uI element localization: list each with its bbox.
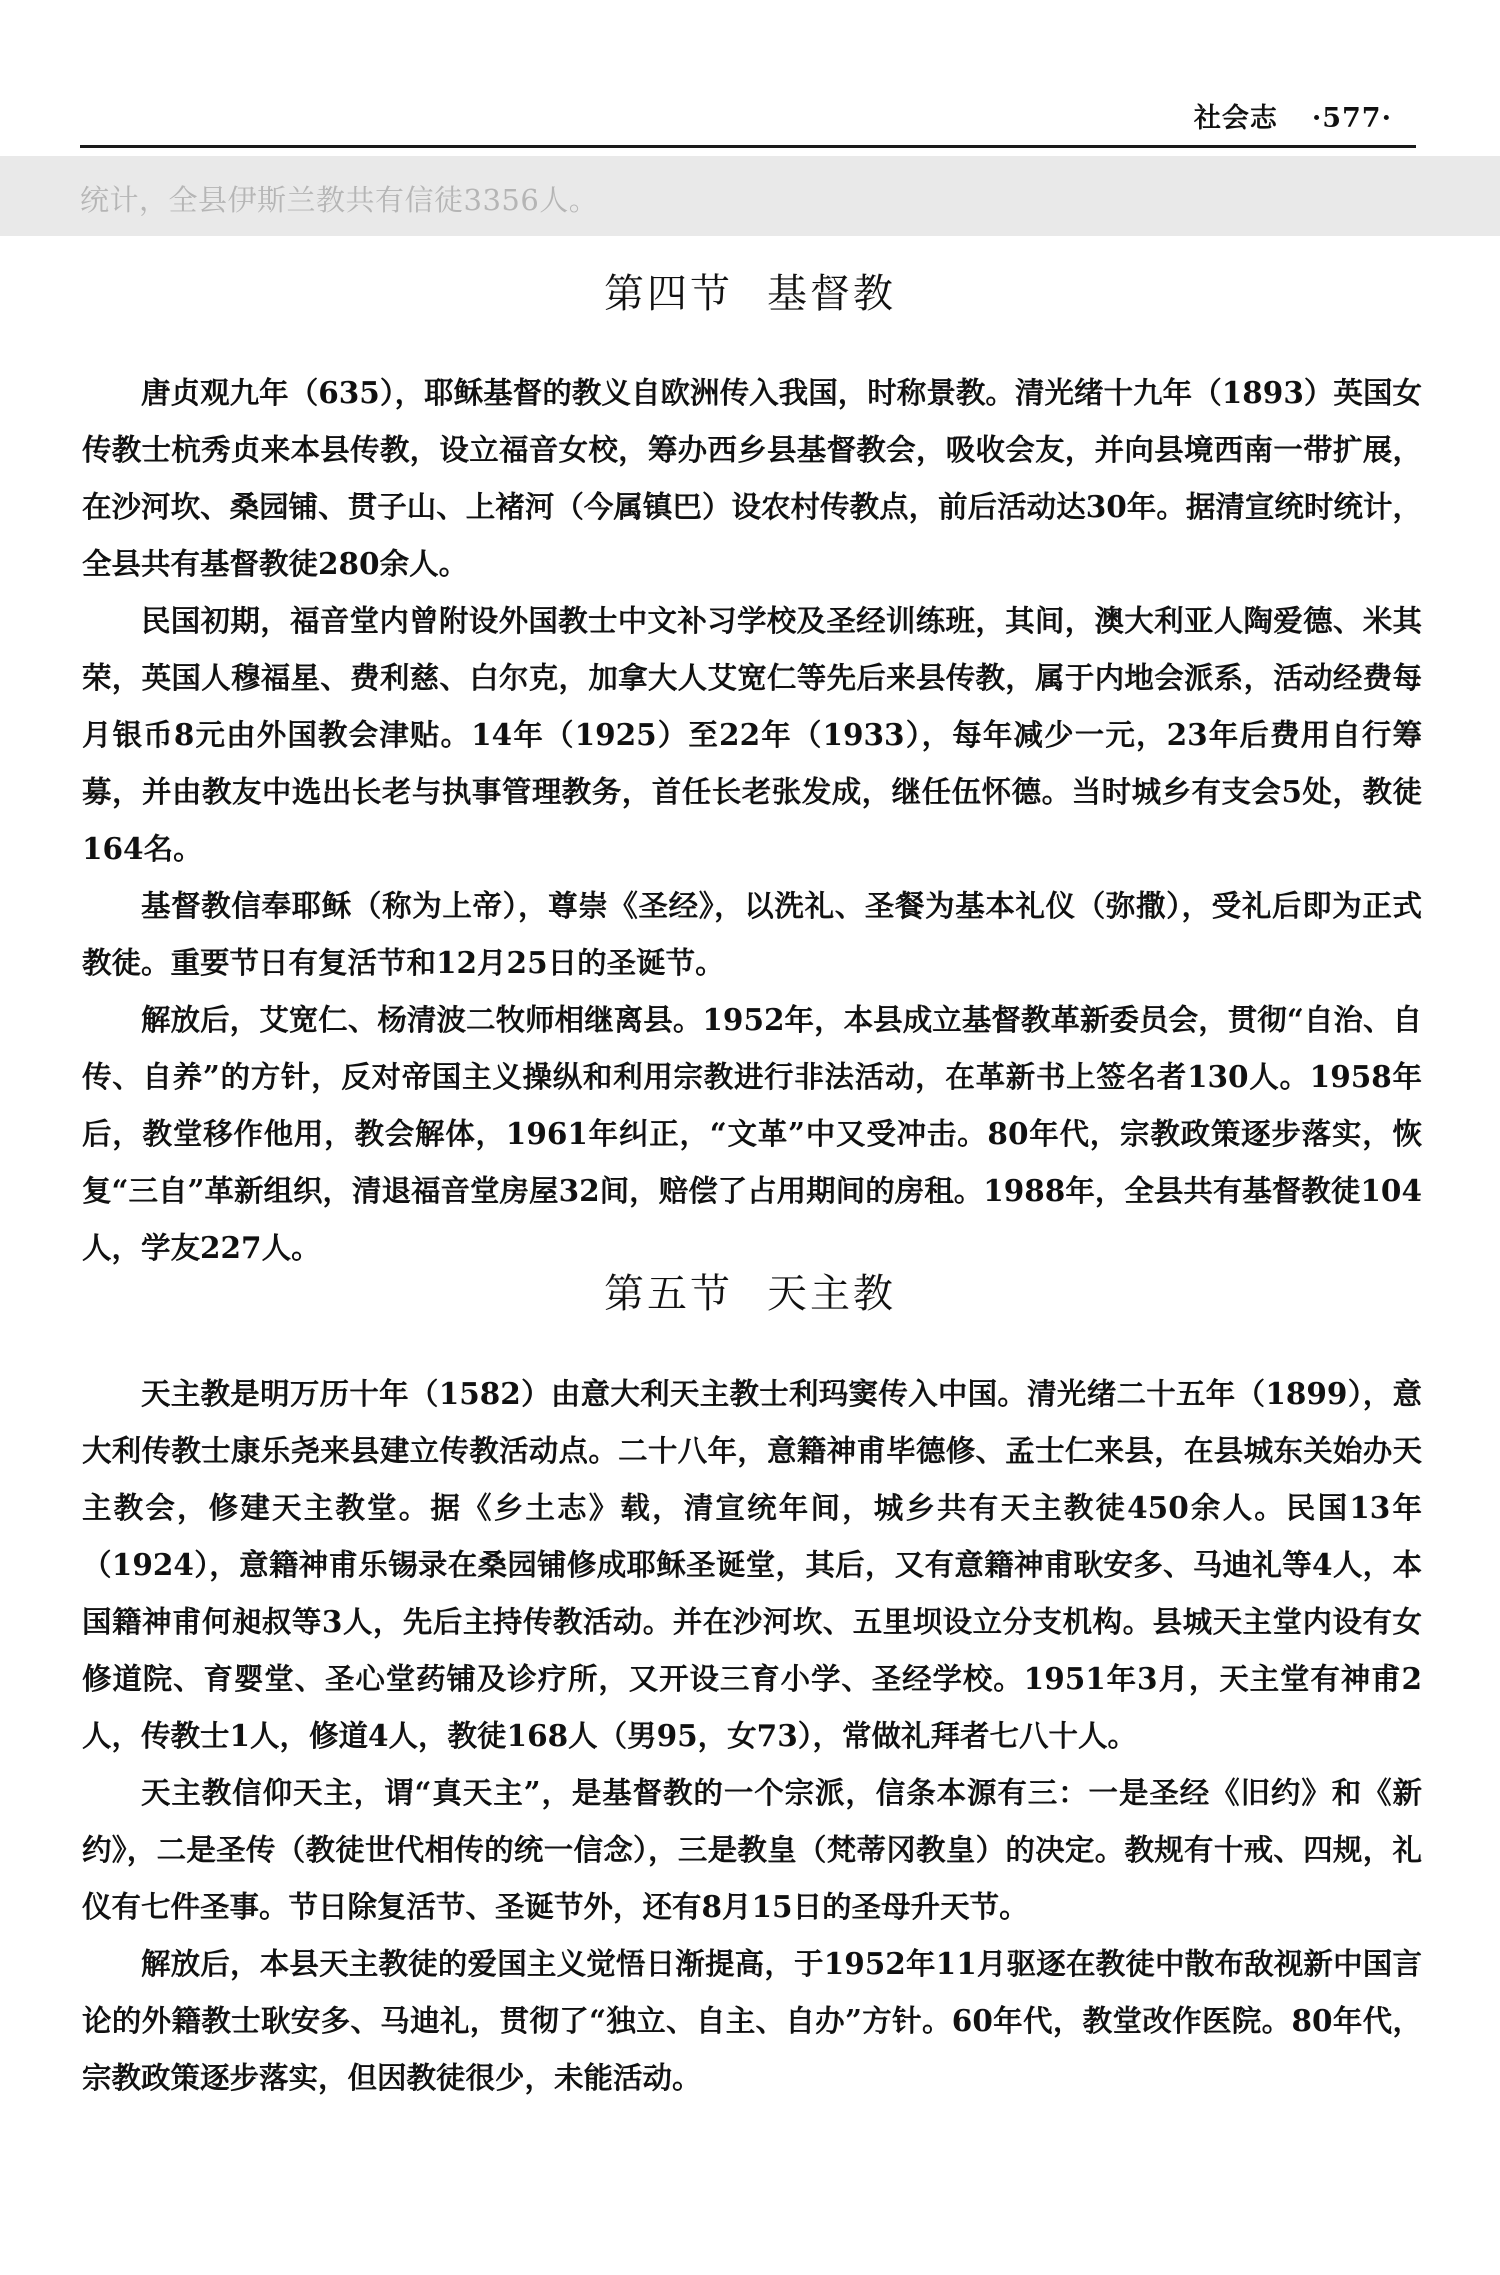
paragraph: 唐贞观九年（635），耶稣基督的教义自欧洲传入我国，时称景教。清光绪十九年（18… bbox=[82, 364, 1422, 592]
section-title-christianity: 第四节基督教 bbox=[0, 262, 1500, 319]
chapter-title: 社会志 bbox=[1194, 96, 1278, 135]
carryover-text: 统计，全县伊斯兰教共有信徒3356人。 bbox=[80, 178, 598, 219]
section-number: 第四节 bbox=[604, 271, 733, 317]
section-name: 基督教 bbox=[767, 271, 896, 317]
paragraph: 基督教信奉耶稣（称为上帝），尊崇《圣经》，以洗礼、圣餐为基本礼仪（弥撒），受礼后… bbox=[82, 877, 1422, 991]
paragraph: 天主教是明万历十年（1582）由意大利天主教士利玛窦传入中国。清光绪二十五年（1… bbox=[82, 1365, 1422, 1764]
paragraph: 解放后，本县天主教徒的爱国主义觉悟日渐提高，于1952年11月驱逐在教徒中散布敌… bbox=[82, 1935, 1422, 2106]
paragraph: 天主教信仰天主，谓“真天主”，是基督教的一个宗派，信条本源有三：一是圣经《旧约》… bbox=[82, 1764, 1422, 1935]
running-head: 社会志 ·577· bbox=[1194, 96, 1392, 135]
paragraph: 民国初期，福音堂内曾附设外国教士中文补习学校及圣经训练班，其间，澳大利亚人陶爱德… bbox=[82, 592, 1422, 877]
section-number: 第五节 bbox=[604, 1271, 733, 1317]
section-body-christianity: 唐贞观九年（635），耶稣基督的教义自欧洲传入我国，时称景教。清光绪十九年（18… bbox=[82, 364, 1422, 1276]
header-rule bbox=[80, 145, 1416, 148]
paragraph: 解放后，艾宽仁、杨清波二牧师相继离县。1952年，本县成立基督教革新委员会，贯彻… bbox=[82, 991, 1422, 1276]
section-name: 天主教 bbox=[767, 1271, 896, 1317]
page-number: ·577· bbox=[1312, 103, 1392, 134]
section-body-catholicism: 天主教是明万历十年（1582）由意大利天主教士利玛窦传入中国。清光绪二十五年（1… bbox=[82, 1365, 1422, 2106]
carryover-band: 统计，全县伊斯兰教共有信徒3356人。 bbox=[0, 156, 1500, 236]
section-title-catholicism: 第五节天主教 bbox=[0, 1262, 1500, 1319]
